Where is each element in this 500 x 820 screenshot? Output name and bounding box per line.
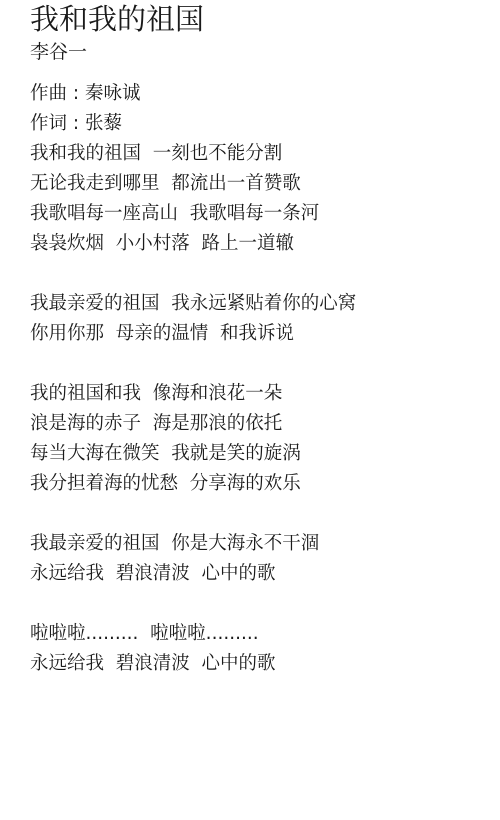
- lyric-line: 我的祖国和我 像海和浪花一朵: [30, 379, 356, 409]
- lyric-blank-line: [30, 589, 356, 619]
- lyric-line: 我分担着海的忧愁 分享海的欢乐: [30, 469, 356, 499]
- lyric-line: 每当大海在微笑 我就是笑的旋涡: [30, 439, 356, 469]
- lyric-line: 啦啦啦......... 啦啦啦.........: [30, 619, 356, 649]
- lyric-line: 永远给我 碧浪清波 心中的歌: [30, 649, 356, 679]
- lyric-line: 袅袅炊烟 小小村落 路上一道辙: [30, 229, 356, 259]
- lyrics-block: 作曲 : 秦咏诚 作词 : 张藜 我和我的祖国 一刻也不能分割 无论我走到哪里 …: [30, 79, 356, 679]
- lyric-blank-line: [30, 349, 356, 379]
- lyric-blank-line: [30, 499, 356, 529]
- lyric-line: 无论我走到哪里 都流出一首赞歌: [30, 169, 356, 199]
- lyric-line: 我和我的祖国 一刻也不能分割: [30, 139, 356, 169]
- lyric-line: 我最亲爱的祖国 我永远紧贴着你的心窝: [30, 289, 356, 319]
- song-artist: 李谷一: [30, 39, 87, 65]
- lyric-line: 我最亲爱的祖国 你是大海永不干涸: [30, 529, 356, 559]
- song-title: 我和我的祖国: [30, 1, 204, 37]
- lyric-line: 我歌唱每一座高山 我歌唱每一条河: [30, 199, 356, 229]
- lyric-line: 永远给我 碧浪清波 心中的歌: [30, 559, 356, 589]
- lyric-line-composer: 作曲 : 秦咏诚: [30, 79, 356, 109]
- lyric-line: 浪是海的赤子 海是那浪的依托: [30, 409, 356, 439]
- lyric-blank-line: [30, 259, 356, 289]
- lyric-line: 你用你那 母亲的温情 和我诉说: [30, 319, 356, 349]
- lyric-line-lyricist: 作词 : 张藜: [30, 109, 356, 139]
